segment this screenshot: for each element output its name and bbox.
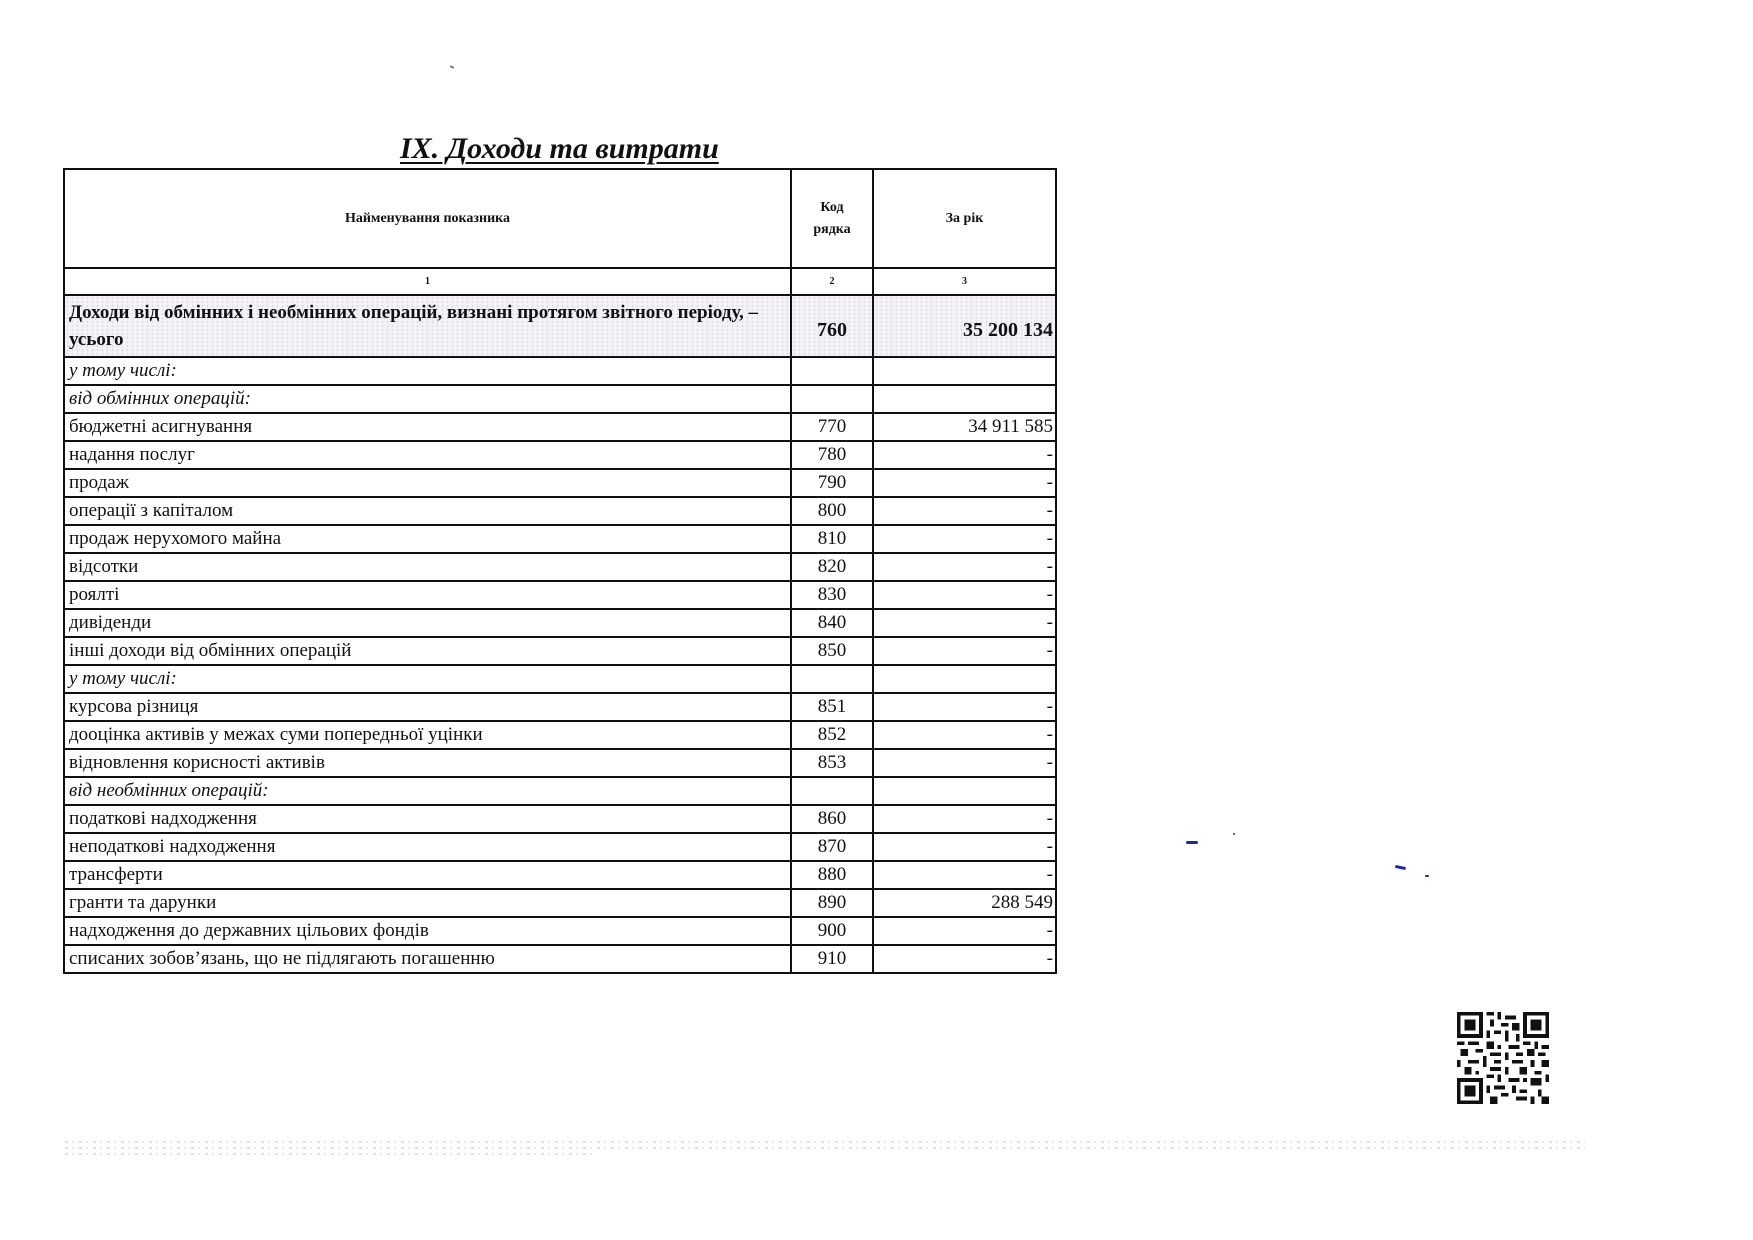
- table-row: у тому числі:: [64, 357, 1056, 385]
- table-row: надання послуг780-: [64, 441, 1056, 469]
- row-name: трансферти: [64, 861, 791, 889]
- row-name: роялті: [64, 581, 791, 609]
- row-value: -: [873, 917, 1056, 945]
- row-name: дивіденди: [64, 609, 791, 637]
- row-name: податкові надходження: [64, 805, 791, 833]
- total-income-value: 35 200 134: [873, 295, 1056, 357]
- row-code: 853: [791, 749, 873, 777]
- row-name: дооцінка активів у межах суми попередньо…: [64, 721, 791, 749]
- scan-mark: [1186, 841, 1198, 844]
- row-value: [873, 385, 1056, 413]
- table-row: неподаткові надходження870-: [64, 833, 1056, 861]
- scan-mark: [1425, 875, 1429, 877]
- row-code: 790: [791, 469, 873, 497]
- table-row: продаж790-: [64, 469, 1056, 497]
- table-row: бюджетні асигнування77034 911 585: [64, 413, 1056, 441]
- column-number-2: 2: [791, 268, 873, 295]
- row-code: 870: [791, 833, 873, 861]
- row-value: [873, 357, 1056, 385]
- table-row: трансферти880-: [64, 861, 1056, 889]
- table-row: від обмінних операцій:: [64, 385, 1056, 413]
- row-value: -: [873, 945, 1056, 973]
- header-indicator-name: Найменування показника: [64, 169, 791, 268]
- header-code-line-1: Код: [820, 200, 843, 215]
- table-row: відсотки820-: [64, 553, 1056, 581]
- row-code: 830: [791, 581, 873, 609]
- qr-code-icon: [1457, 1008, 1549, 1108]
- section-title: IX. Доходи та витрати: [400, 132, 720, 166]
- row-code: 800: [791, 497, 873, 525]
- column-number-3: 3: [873, 268, 1056, 295]
- row-code: 850: [791, 637, 873, 665]
- row-value: -: [873, 721, 1056, 749]
- row-name: бюджетні асигнування: [64, 413, 791, 441]
- table-row: дооцінка активів у межах суми попередньо…: [64, 721, 1056, 749]
- row-code: 900: [791, 917, 873, 945]
- total-income-row: Доходи від обмінних і необмінних операці…: [64, 295, 1056, 357]
- row-value: -: [873, 637, 1056, 665]
- row-value: -: [873, 497, 1056, 525]
- row-code: 780: [791, 441, 873, 469]
- row-name: продаж: [64, 469, 791, 497]
- row-code: 860: [791, 805, 873, 833]
- row-value: -: [873, 833, 1056, 861]
- header-for-year: За рік: [873, 169, 1056, 268]
- row-value: [873, 777, 1056, 805]
- table-row: курсова різниця851-: [64, 693, 1056, 721]
- faint-footer-text: [65, 1141, 1585, 1171]
- row-code: [791, 777, 873, 805]
- row-name: курсова різниця: [64, 693, 791, 721]
- row-name: неподаткові надходження: [64, 833, 791, 861]
- row-value: 34 911 585: [873, 413, 1056, 441]
- row-name: інші доходи від обмінних операцій: [64, 637, 791, 665]
- row-name: операції з капіталом: [64, 497, 791, 525]
- table-row: продаж нерухомого майна810-: [64, 525, 1056, 553]
- row-code: 770: [791, 413, 873, 441]
- scan-mark: [1395, 865, 1406, 870]
- header-code-line-2: рядка: [813, 222, 850, 237]
- row-value: [873, 665, 1056, 693]
- row-name: списаних зобов’язань, що не підлягають п…: [64, 945, 791, 973]
- row-value: -: [873, 441, 1056, 469]
- table-row: від необмінних операцій:: [64, 777, 1056, 805]
- row-name: у тому числі:: [64, 357, 791, 385]
- row-value: -: [873, 693, 1056, 721]
- table-row: податкові надходження860-: [64, 805, 1056, 833]
- table-row: надходження до державних цільових фондів…: [64, 917, 1056, 945]
- row-name: відсотки: [64, 553, 791, 581]
- row-value: -: [873, 861, 1056, 889]
- row-name: відновлення корисності активів: [64, 749, 791, 777]
- row-value: -: [873, 553, 1056, 581]
- column-number-1: 1: [64, 268, 791, 295]
- income-expenses-table: Найменування показника Кодрядка За рік 1…: [63, 168, 1057, 974]
- row-code: 852: [791, 721, 873, 749]
- scan-speck: [450, 65, 454, 69]
- row-value: -: [873, 749, 1056, 777]
- row-name: від обмінних операцій:: [64, 385, 791, 413]
- row-value: -: [873, 581, 1056, 609]
- table-row: у тому числі:: [64, 665, 1056, 693]
- scan-mark: [1233, 833, 1235, 835]
- row-code: 910: [791, 945, 873, 973]
- table-row: роялті830-: [64, 581, 1056, 609]
- row-code: 880: [791, 861, 873, 889]
- total-income-code: 760: [791, 295, 873, 357]
- row-code: [791, 665, 873, 693]
- row-code: 810: [791, 525, 873, 553]
- row-name: гранти та дарунки: [64, 889, 791, 917]
- row-value: -: [873, 525, 1056, 553]
- row-code: [791, 385, 873, 413]
- column-number-row: 1 2 3: [64, 268, 1056, 295]
- row-name: надходження до державних цільових фондів: [64, 917, 791, 945]
- row-value: -: [873, 469, 1056, 497]
- table-row: відновлення корисності активів853-: [64, 749, 1056, 777]
- header-row-code: Кодрядка: [791, 169, 873, 268]
- row-name: продаж нерухомого майна: [64, 525, 791, 553]
- row-value: -: [873, 805, 1056, 833]
- row-code: 890: [791, 889, 873, 917]
- table-row: інші доходи від обмінних операцій850-: [64, 637, 1056, 665]
- table-row: списаних зобов’язань, що не підлягають п…: [64, 945, 1056, 973]
- row-name: у тому числі:: [64, 665, 791, 693]
- total-income-name: Доходи від обмінних і необмінних операці…: [64, 295, 791, 357]
- row-code: 820: [791, 553, 873, 581]
- table-header-row: Найменування показника Кодрядка За рік: [64, 169, 1056, 268]
- row-name: від необмінних операцій:: [64, 777, 791, 805]
- row-value: 288 549: [873, 889, 1056, 917]
- table-row: гранти та дарунки890288 549: [64, 889, 1056, 917]
- table-row: операції з капіталом800-: [64, 497, 1056, 525]
- row-value: -: [873, 609, 1056, 637]
- row-name: надання послуг: [64, 441, 791, 469]
- row-code: 851: [791, 693, 873, 721]
- table-row: дивіденди840-: [64, 609, 1056, 637]
- row-code: [791, 357, 873, 385]
- row-code: 840: [791, 609, 873, 637]
